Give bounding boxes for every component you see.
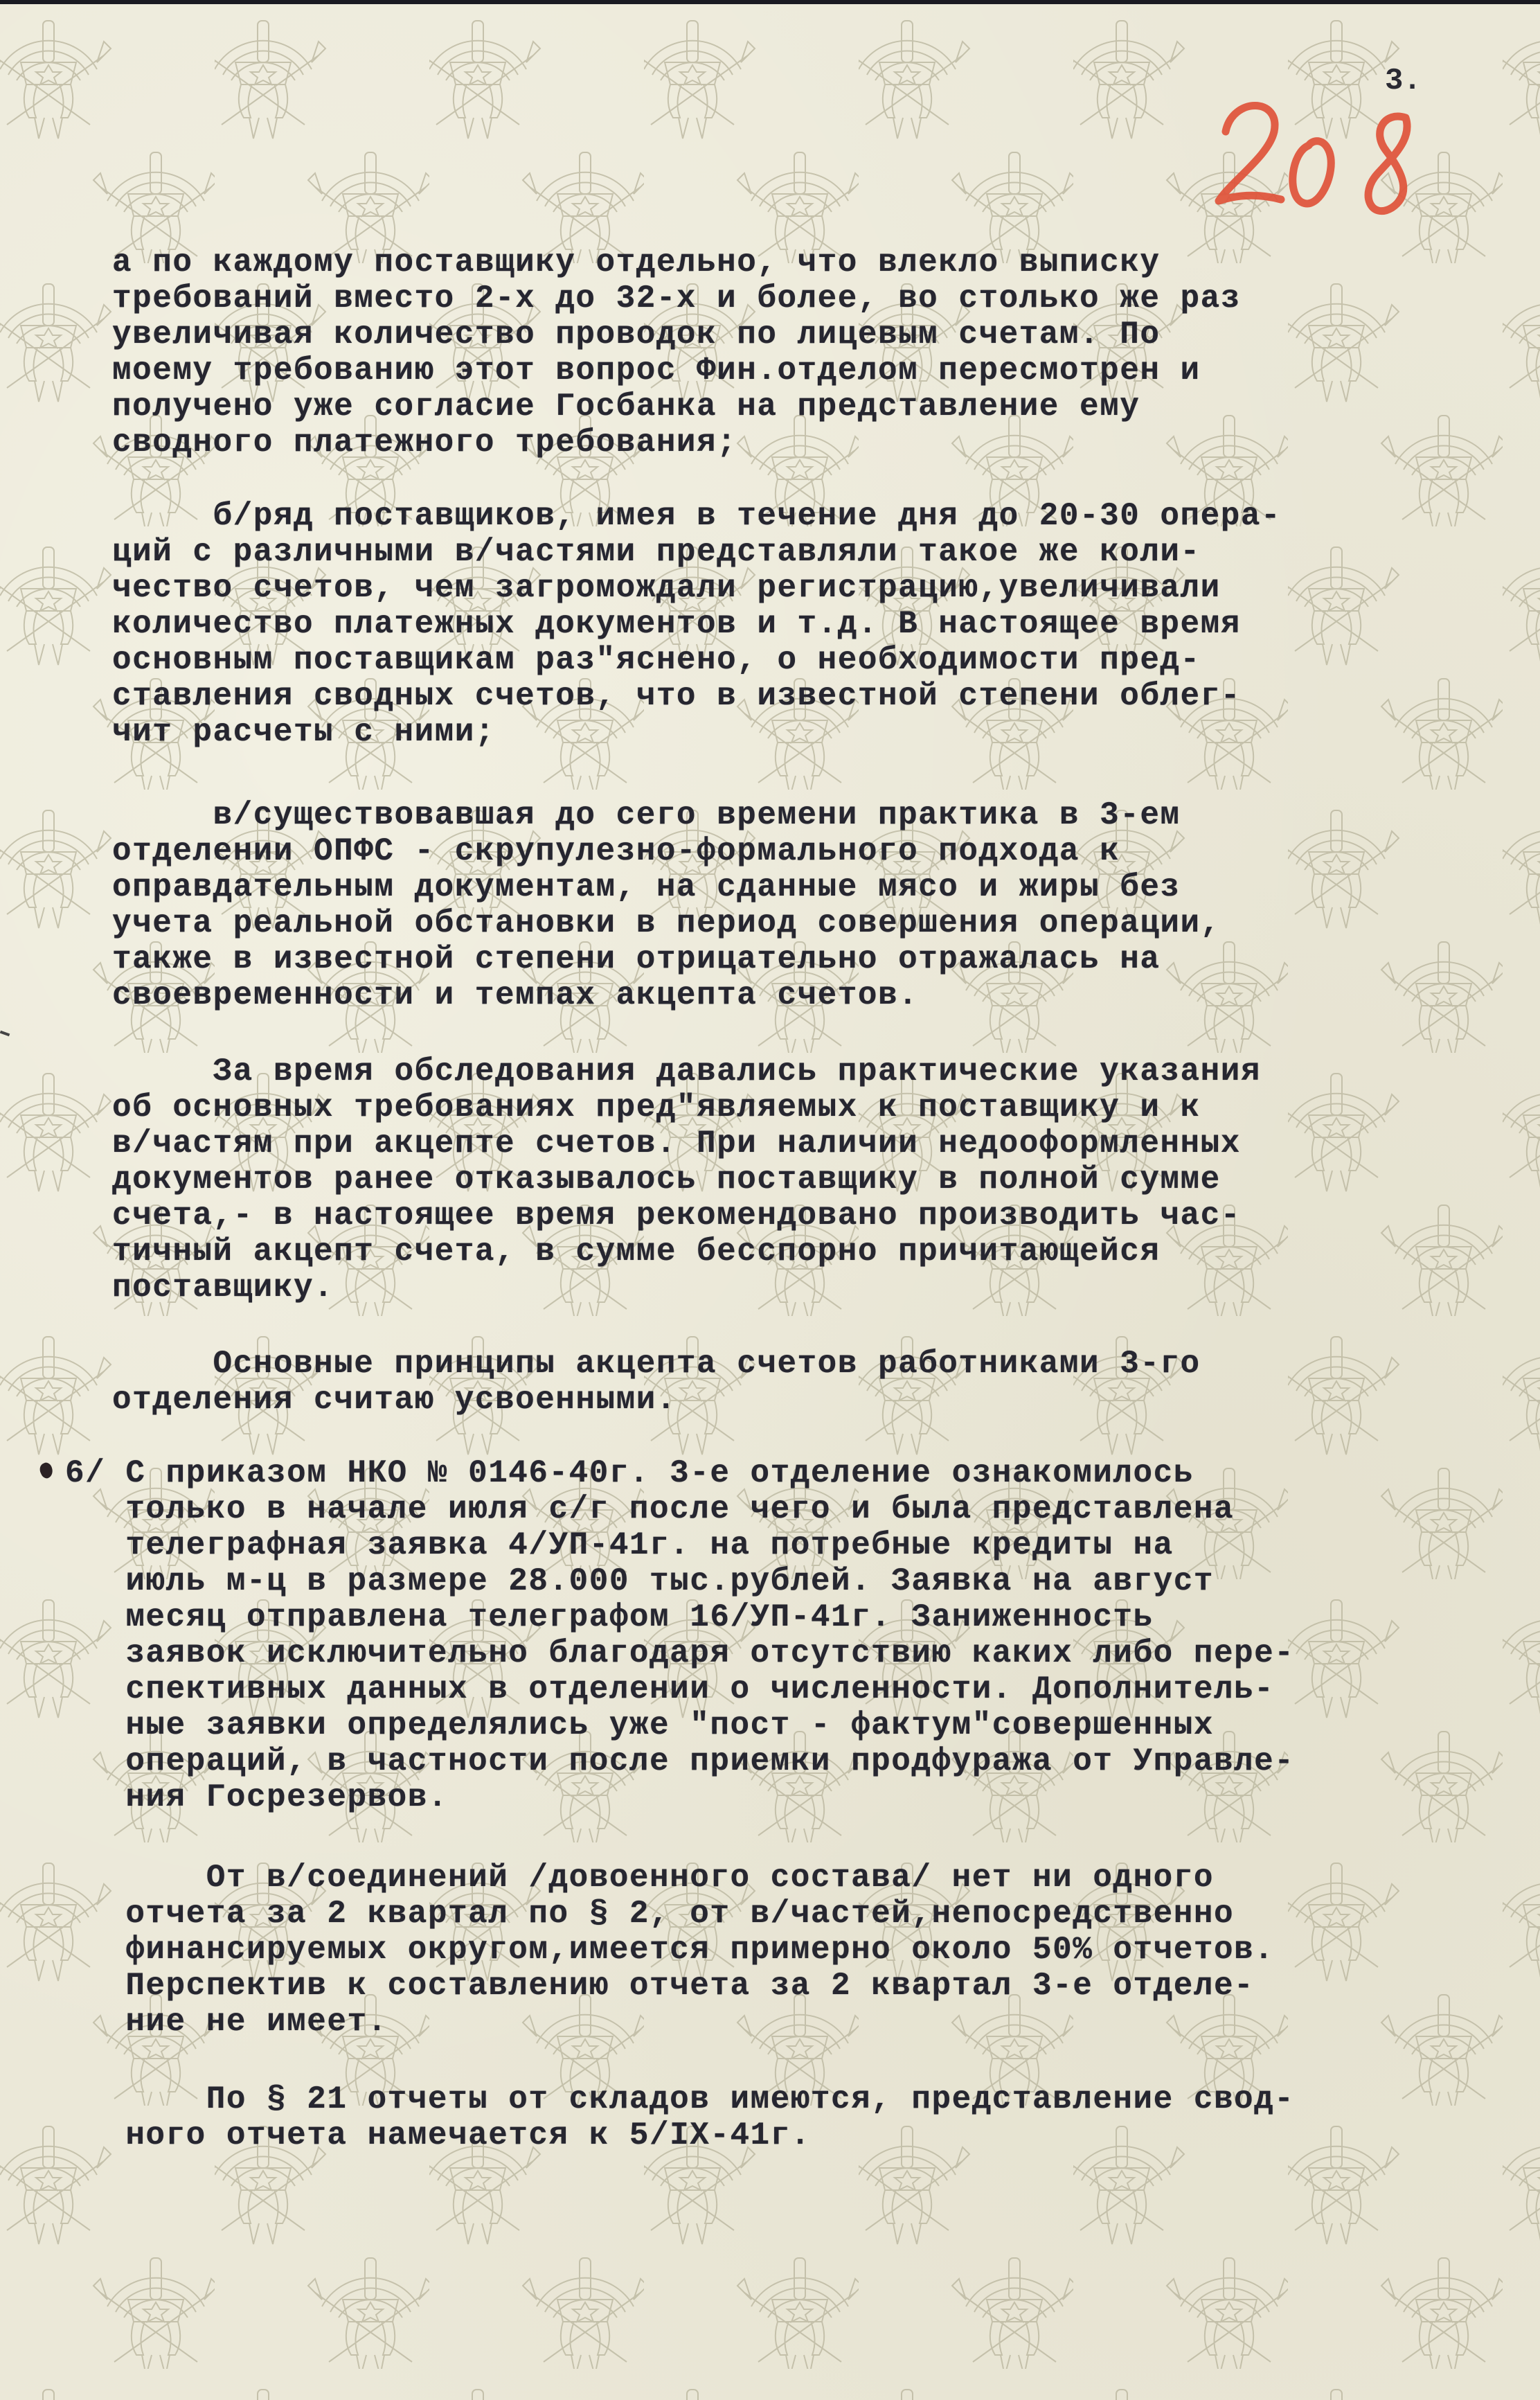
document-page: 3. 208 а по каждому поставщику отдельно,… <box>0 0 1540 2400</box>
text-line: а по каждому поставщику отдельно, что вл… <box>112 244 1160 281</box>
text-line: ния Госрезервов. <box>65 1779 448 1816</box>
text-line: тичный акцепт счета, в сумме бесспорно п… <box>112 1233 1160 1270</box>
text-line: июль м-ц в размере 28.000 тыс.рублей. За… <box>65 1563 1214 1600</box>
text-line: получено уже согласие Госбанка на предст… <box>112 388 1140 425</box>
text-line: об основных требованиях пред"являемых к … <box>112 1089 1201 1126</box>
text-line: заявок исключительно благодаря отсутстви… <box>65 1635 1294 1672</box>
text-line: своевременности и темпах акцепта счетов. <box>112 977 918 1014</box>
text-line: За время обследования давались практичес… <box>112 1053 1261 1090</box>
text-line: чит расчеты с ними; <box>112 713 495 751</box>
text-line: только в начале июля с/г после чего и бы… <box>65 1491 1234 1528</box>
text-line: От в/соединений /довоенного состава/ нет… <box>65 1859 1214 1896</box>
text-line: месяц отправлена телеграфом 16/УП-41г. З… <box>65 1599 1154 1636</box>
text-line: оправдательным документам, на сданные мя… <box>112 869 1181 906</box>
ink-mark <box>37 1461 55 1480</box>
margin-tick <box>0 1031 10 1037</box>
text-line: количество платежных документов и т.д. В… <box>112 605 1241 643</box>
text-line: основным поставщикам раз"яснено, о необх… <box>112 641 1201 679</box>
text-line: ные заявки определялись уже "пост - факт… <box>65 1707 1214 1744</box>
text-line: также в известной степени отрицательно о… <box>112 941 1160 978</box>
text-line: Основные принципы акцепта счетов работни… <box>112 1345 1201 1383</box>
text-line: отчета за 2 квартал по § 2, от в/частей,… <box>65 1895 1234 1932</box>
text-line: увеличивая количество проводок по лицевы… <box>112 316 1160 353</box>
text-line: документов ранее отказывалось поставщику… <box>112 1161 1221 1198</box>
text-line: отделении ОПФС - скрупулезно-формального… <box>112 833 1120 870</box>
text-line: ций с различными в/частями представляли … <box>112 533 1201 571</box>
text-line: операций, в частности после приемки прод… <box>65 1743 1294 1780</box>
text-line: ние не имеет. <box>65 2003 388 2041</box>
text-line: спективных данных в отделении о численно… <box>65 1671 1274 1708</box>
text-line: ставления сводных счетов, что в известно… <box>112 677 1241 715</box>
text-line: По § 21 отчеты от складов имеются, предс… <box>65 2081 1294 2118</box>
text-line: сводного платежного требования; <box>112 424 737 461</box>
text-line: чество счетов, чем загромождали регистра… <box>112 569 1221 607</box>
text-line: поставщику. <box>112 1269 334 1306</box>
text-line: телеграфная заявка 4/УП-41г. на потребны… <box>65 1527 1174 1564</box>
scan-top-edge <box>0 0 1540 4</box>
text-line: отделения считаю усвоенными. <box>112 1381 677 1419</box>
text-line: в/частям при акцепте счетов. При наличии… <box>112 1125 1241 1162</box>
text-line: учета реальной обстановки в период совер… <box>112 905 1221 942</box>
text-line: Перспектив к составлению отчета за 2 ква… <box>65 1967 1254 2005</box>
text-line: счета,- в настоящее время рекомендовано … <box>112 1197 1241 1234</box>
text-line: 6/ С приказом НКО № 0146-40г. 3-е отделе… <box>65 1455 1194 1492</box>
text-line: ного отчета намечается к 5/IX-41г. <box>65 2117 811 2154</box>
text-line: финансируемых округом,имеется примерно о… <box>65 1931 1274 1968</box>
text-line: требований вместо 2-х до 32-х и более, в… <box>112 280 1241 317</box>
text-line: б/ряд поставщиков, имея в течение дня до… <box>112 497 1281 535</box>
text-line: моему требованию этот вопрос Фин.отделом… <box>112 352 1201 389</box>
text-line: в/существовавшая до сего времени практик… <box>112 797 1181 834</box>
